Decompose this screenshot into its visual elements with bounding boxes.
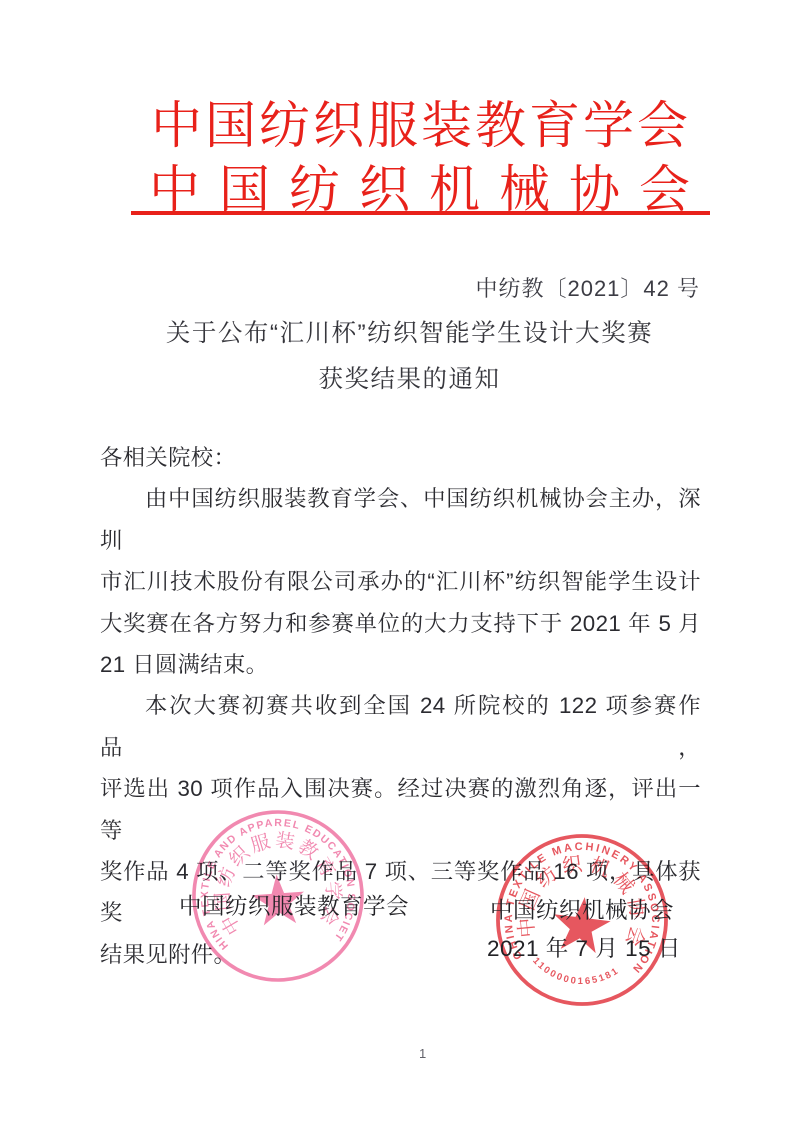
notice-title-line-1: 关于公布“汇川杯”纺织智能学生设计大奖赛 [20,314,799,349]
body-line: 由中国纺织服装教育学会、中国纺织机械协会主办，深圳 [100,478,701,561]
left-signature-org: 中国纺织服装教育学会 [179,889,409,921]
body-line: 21 日圆满结束。 [100,644,701,685]
scanned-notice-document: 中国纺织服装教育学会 中国纺织机械协会 中纺教〔2021〕42 号 关于公布“汇… [0,0,799,1131]
body-line: 本次大赛初赛共收到全国 24 所院校的 122 项参赛作品， [100,685,701,768]
notice-title-line-2: 获奖结果的通知 [20,360,799,395]
seal-outer-text: CHINA TEXTILE AND APPAREL EDUCATION SOCI… [182,800,361,955]
salutation: 各相关院校： [100,437,701,478]
signature-date: 2021 年 7 月 15 日 [487,931,681,963]
right-signature-org: 中国纺织机械协会 [490,893,674,925]
body-line: 市汇川技术股份有限公司承办的“汇川杯”纺织智能学生设计 [100,561,701,602]
document-number: 中纺教〔2021〕42 号 [475,272,700,303]
page-number: 1 [419,1046,426,1061]
letterhead-divider [131,211,710,215]
svg-text:CHINA TEXTILE AND APPAREL EDUC: CHINA TEXTILE AND APPAREL EDUCATION SOCI… [182,800,361,955]
body-line: 大奖赛在各方努力和参赛单位的大力支持下于 2021 年 5 月 [100,603,701,644]
letterhead-org-line-1: 中国纺织服装教育学会 [40,84,799,158]
